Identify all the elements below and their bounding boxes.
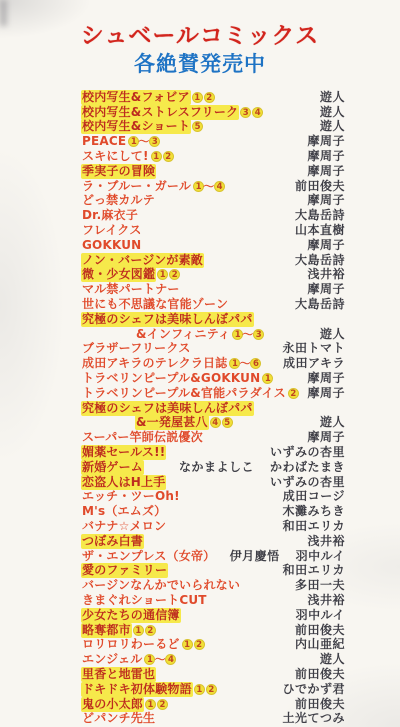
list-item: 鬼の小太郎12前田俊夫: [82, 697, 345, 712]
title-text: フレイクス: [82, 224, 142, 237]
volume-badges: 12: [150, 151, 174, 162]
title-text: 略奪都市: [82, 624, 131, 637]
title-text: &一発屋甚八: [136, 416, 208, 429]
title-text: ブラザーフリークス: [82, 342, 191, 355]
range-tilde: 〜: [154, 654, 165, 665]
author-name: 摩周子: [307, 283, 345, 296]
list-item: バージンなんかでいられない多田一夫: [82, 578, 345, 593]
author-name: 羽中ルイ: [296, 550, 345, 563]
volume-badge: 2: [157, 699, 168, 710]
list-item: 里香と地雷也前田俊夫: [82, 667, 345, 682]
volume-badge: 4: [165, 654, 176, 665]
volume-badge: 1: [151, 151, 162, 162]
range-tilde: 〜: [138, 136, 149, 147]
title-text: トラベリンピープル&GOKKUN: [82, 372, 260, 385]
author-name: 浅井裕: [307, 268, 345, 281]
title-text: どっ禁カルテ: [82, 194, 155, 207]
list-item: 少女たちの通信簿羽中ルイ: [82, 608, 345, 623]
author-name: いずみの杏里: [270, 476, 345, 489]
volume-badge: 2: [204, 92, 215, 103]
volume-badge: 2: [194, 639, 205, 650]
author-name: 成田アキラ: [283, 357, 345, 370]
list-item: 季実子の冒険摩周子: [82, 164, 345, 179]
list-item: バナナ☆メロン和田エリカ: [82, 519, 345, 534]
author-name: 木灘みちき: [282, 505, 345, 518]
author-name: 摩周子: [307, 165, 345, 178]
volume-badges: 12: [181, 639, 205, 650]
list-item: きまぐれショートCUT浅井裕: [82, 593, 345, 608]
author-name: 永田トマト: [282, 342, 345, 355]
author-name: 多田一夫: [295, 579, 345, 592]
title-text: エッチ・ツーOh!: [82, 490, 180, 503]
title-text: ドキドキ初体験物語: [82, 683, 192, 696]
volume-badges: 1〜3: [127, 136, 160, 147]
volume-badges: 1〜6: [228, 358, 261, 369]
author-name: 遊人: [320, 106, 345, 119]
list-item: 媚薬セールス!!いずみの杏里: [82, 445, 345, 460]
volume-badges: 2: [287, 388, 299, 399]
volume-badge: 4: [210, 417, 221, 428]
list-item: &インフィニティ1〜3遊人: [82, 327, 345, 342]
list-item: ラ・ブルー・ガール1〜4前田俊夫: [82, 179, 345, 194]
title-text: スーパー竿師伝説優次: [82, 431, 203, 444]
volume-badge: 5: [192, 121, 203, 132]
author-name: 和田エリカ: [283, 564, 345, 577]
title-text: ノン・バージンが素敵: [82, 254, 203, 267]
author-name: 摩周子: [307, 135, 345, 148]
list-item: どっ禁カルテ摩周子: [82, 194, 345, 209]
list-item: ブラザーフリークス永田トマト: [82, 342, 345, 357]
volume-badge: 2: [169, 269, 180, 280]
author-name: かわばたまき: [270, 461, 345, 474]
title-text: ラ・ブルー・ガール: [82, 180, 191, 193]
volume-badges: 12: [191, 92, 215, 103]
author-name: 土光てつみ: [282, 712, 345, 725]
title-text: ザ・エンプレス（女帝）: [82, 550, 215, 563]
list-item: ロリロリわーるど12内山亜紀: [82, 637, 345, 652]
list-item: 校内写生&フォビア12遊人: [82, 90, 345, 105]
title-text: エンジェル: [82, 653, 142, 666]
author-name: 浅井裕: [307, 535, 345, 548]
list-item: フレイクス山本直樹: [82, 223, 345, 238]
title-text: 恋盗人はH上手: [82, 476, 165, 489]
author-name: 成田コージ: [283, 490, 345, 503]
page-header: シュベールコミックス 各絶賛発売中: [0, 24, 400, 76]
title-list: 校内写生&フォビア12遊人校内写生&ストレスフリーク34遊人校内写生&ショート5…: [82, 90, 345, 726]
title-text: 媚薬セールス!!: [82, 446, 165, 459]
volume-badges: 12: [144, 699, 168, 710]
volume-badge: 1: [192, 92, 203, 103]
author-name: 大島岳詩: [295, 298, 345, 311]
list-item: 校内写生&ストレスフリーク34遊人: [82, 105, 345, 120]
volume-badges: 45: [209, 417, 233, 428]
list-item: 究極のシェフは美味しんぼパパ: [82, 312, 345, 327]
author-name: 和田エリカ: [283, 520, 345, 533]
title-text: バージンなんかでいられない: [82, 579, 240, 592]
title-text: トラベリンピープル&官能パラダイス: [82, 387, 286, 400]
title-text: きまぐれショートCUT: [82, 594, 207, 607]
title-text: マル禁パートナー: [82, 283, 180, 296]
volume-badge: 5: [222, 417, 233, 428]
list-item: スーパー竿師伝説優次摩周子: [82, 430, 345, 445]
volume-badge: 1: [157, 269, 168, 280]
list-item: &一発屋甚八45遊人: [82, 416, 345, 431]
title-text: 鬼の小太郎: [82, 698, 143, 711]
title-text: バナナ☆メロン: [82, 520, 166, 533]
list-item: M's（エムズ）木灘みちき: [82, 504, 345, 519]
list-item: 略奪都市12前田俊夫: [82, 623, 345, 638]
list-item: エッチ・ツーOh!成田コージ: [82, 490, 345, 505]
list-item: 微・少女図鑑12浅井裕: [82, 268, 345, 283]
on-sale-banner: 各絶賛発売中: [0, 53, 400, 76]
list-item: Dr.麻衣子大島岳詩: [82, 208, 345, 223]
volume-badges: 1〜3: [231, 329, 264, 340]
range-tilde: 〜: [239, 358, 250, 369]
title-text: つぼみ白書: [82, 535, 143, 548]
list-item: ザ・エンプレス（女帝）伊月慶悟羽中ルイ: [82, 549, 345, 564]
list-item: 校内写生&ショート5遊人: [82, 120, 345, 135]
comics-brand-title: シュベールコミックス: [0, 24, 400, 49]
volume-badge: 3: [240, 107, 251, 118]
title-text: &インフィニティ: [136, 328, 230, 341]
author-name: 摩周子: [307, 150, 345, 163]
list-item: 究極のシェフは美味しんぼパパ: [82, 401, 345, 416]
volume-badges: 5: [191, 121, 203, 132]
author-name: ひでかず君: [282, 683, 345, 696]
author-name: 前田俊夫: [295, 698, 345, 711]
volume-badge: 1: [194, 684, 205, 695]
list-item: GOKKUN摩周子: [82, 238, 345, 253]
volume-badges: 34: [239, 107, 263, 118]
list-item: スキにして!12摩周子: [82, 149, 345, 164]
author-name: 摩周子: [307, 194, 345, 207]
volume-badge: 1: [133, 625, 144, 636]
co-author-name: 伊月慶悟: [230, 550, 280, 563]
volume-badges: 1〜4: [143, 654, 176, 665]
title-text: 校内写生&ショート: [82, 120, 190, 133]
range-tilde: 〜: [203, 181, 214, 192]
co-author-name: なかまよしこ: [179, 461, 254, 474]
list-item: 成田アキラのテレクラ日誌1〜6成田アキラ: [82, 356, 345, 371]
author-name: 遊人: [320, 91, 345, 104]
list-item: ノン・バージンが素敵大島岳詩: [82, 253, 345, 268]
volume-badge: 6: [250, 358, 261, 369]
list-item: 愛のファミリー和田エリカ: [82, 564, 345, 579]
volume-badges: 1: [261, 373, 273, 384]
list-item: どパンチ先生土光てつみ: [82, 711, 345, 726]
title-text: 成田アキラのテレクラ日誌: [82, 357, 227, 370]
title-text: どパンチ先生: [82, 712, 155, 725]
volume-badge: 3: [253, 329, 264, 340]
volume-badges: 1〜4: [192, 181, 225, 192]
title-text: PEACE: [82, 135, 126, 148]
title-text: 究極のシェフは美味しんぼパパ: [82, 313, 253, 326]
list-item: ドキドキ初体験物語12ひでかず君: [82, 682, 345, 697]
list-item: トラベリンピープル&GOKKUN1摩周子: [82, 371, 345, 386]
author-name: 前田俊夫: [295, 180, 345, 193]
list-item: 恋盗人はH上手いずみの杏里: [82, 475, 345, 490]
volume-badge: 2: [163, 151, 174, 162]
title-text: 究極のシェフは美味しんぼパパ: [82, 402, 253, 415]
title-text: 微・少女図鑑: [82, 268, 155, 281]
list-item: 世にも不思議な官能ゾーン大島岳詩: [82, 297, 345, 312]
volume-badge: 2: [288, 388, 299, 399]
author-name: 前田俊夫: [295, 624, 345, 637]
volume-badge: 1: [262, 373, 273, 384]
list-item: つぼみ白書浅井裕: [82, 534, 345, 549]
volume-badge: 3: [149, 136, 160, 147]
title-text: 里香と地雷也: [82, 668, 155, 681]
title-text: スキにして!: [82, 150, 149, 163]
volume-badge: 1: [145, 699, 156, 710]
author-name: 摩周子: [307, 387, 345, 400]
author-name: 摩周子: [307, 239, 345, 252]
list-item: トラベリンピープル&官能パラダイス2摩周子: [82, 386, 345, 401]
title-text: ロリロリわーるど: [82, 638, 180, 651]
volume-badges: 12: [193, 684, 217, 695]
list-item: マル禁パートナー摩周子: [82, 282, 345, 297]
author-name: 遊人: [320, 120, 345, 133]
volume-badge: 2: [206, 684, 217, 695]
title-text: 愛のファミリー: [82, 564, 167, 577]
scanned-catalog-page: シュベールコミックス 各絶賛発売中 校内写生&フォビア12遊人校内写生&ストレス…: [0, 0, 400, 727]
list-item: 新婚ゲームなかまよしこかわばたまき: [82, 460, 345, 475]
title-text: 校内写生&ストレスフリーク: [82, 106, 238, 119]
author-name: 内山亜紀: [295, 638, 345, 651]
scan-edge-artifact: [0, 0, 7, 26]
list-item: エンジェル1〜4遊人: [82, 652, 345, 667]
author-name: 遊人: [320, 653, 345, 666]
author-name: 前田俊夫: [295, 668, 345, 681]
title-text: 季実子の冒険: [82, 165, 155, 178]
author-name: 摩周子: [307, 431, 345, 444]
author-name: 遊人: [320, 328, 345, 341]
title-text: GOKKUN: [82, 239, 141, 252]
author-name: 浅井裕: [307, 594, 345, 607]
author-name: 山本直樹: [295, 224, 345, 237]
title-text: 世にも不思議な官能ゾーン: [82, 298, 228, 311]
volume-badges: 12: [156, 269, 180, 280]
volume-badge: 4: [214, 181, 225, 192]
author-name: 大島岳詩: [295, 209, 345, 222]
volume-badge: 2: [145, 625, 156, 636]
title-text: 校内写生&フォビア: [82, 91, 190, 104]
title-text: 少女たちの通信簿: [82, 609, 180, 622]
author-name: 羽中ルイ: [296, 609, 345, 622]
list-item: PEACE1〜3摩周子: [82, 134, 345, 149]
volume-badges: 12: [132, 625, 156, 636]
title-text: M's（エムズ）: [82, 505, 166, 518]
volume-badge: 1: [182, 639, 193, 650]
author-name: 遊人: [320, 416, 345, 429]
author-name: いずみの杏里: [270, 446, 345, 459]
author-name: 摩周子: [307, 372, 345, 385]
volume-badge: 4: [252, 107, 263, 118]
title-text: 新婚ゲーム: [82, 461, 143, 474]
range-tilde: 〜: [242, 329, 253, 340]
title-text: Dr.麻衣子: [82, 209, 138, 222]
author-name: 大島岳詩: [295, 254, 345, 267]
